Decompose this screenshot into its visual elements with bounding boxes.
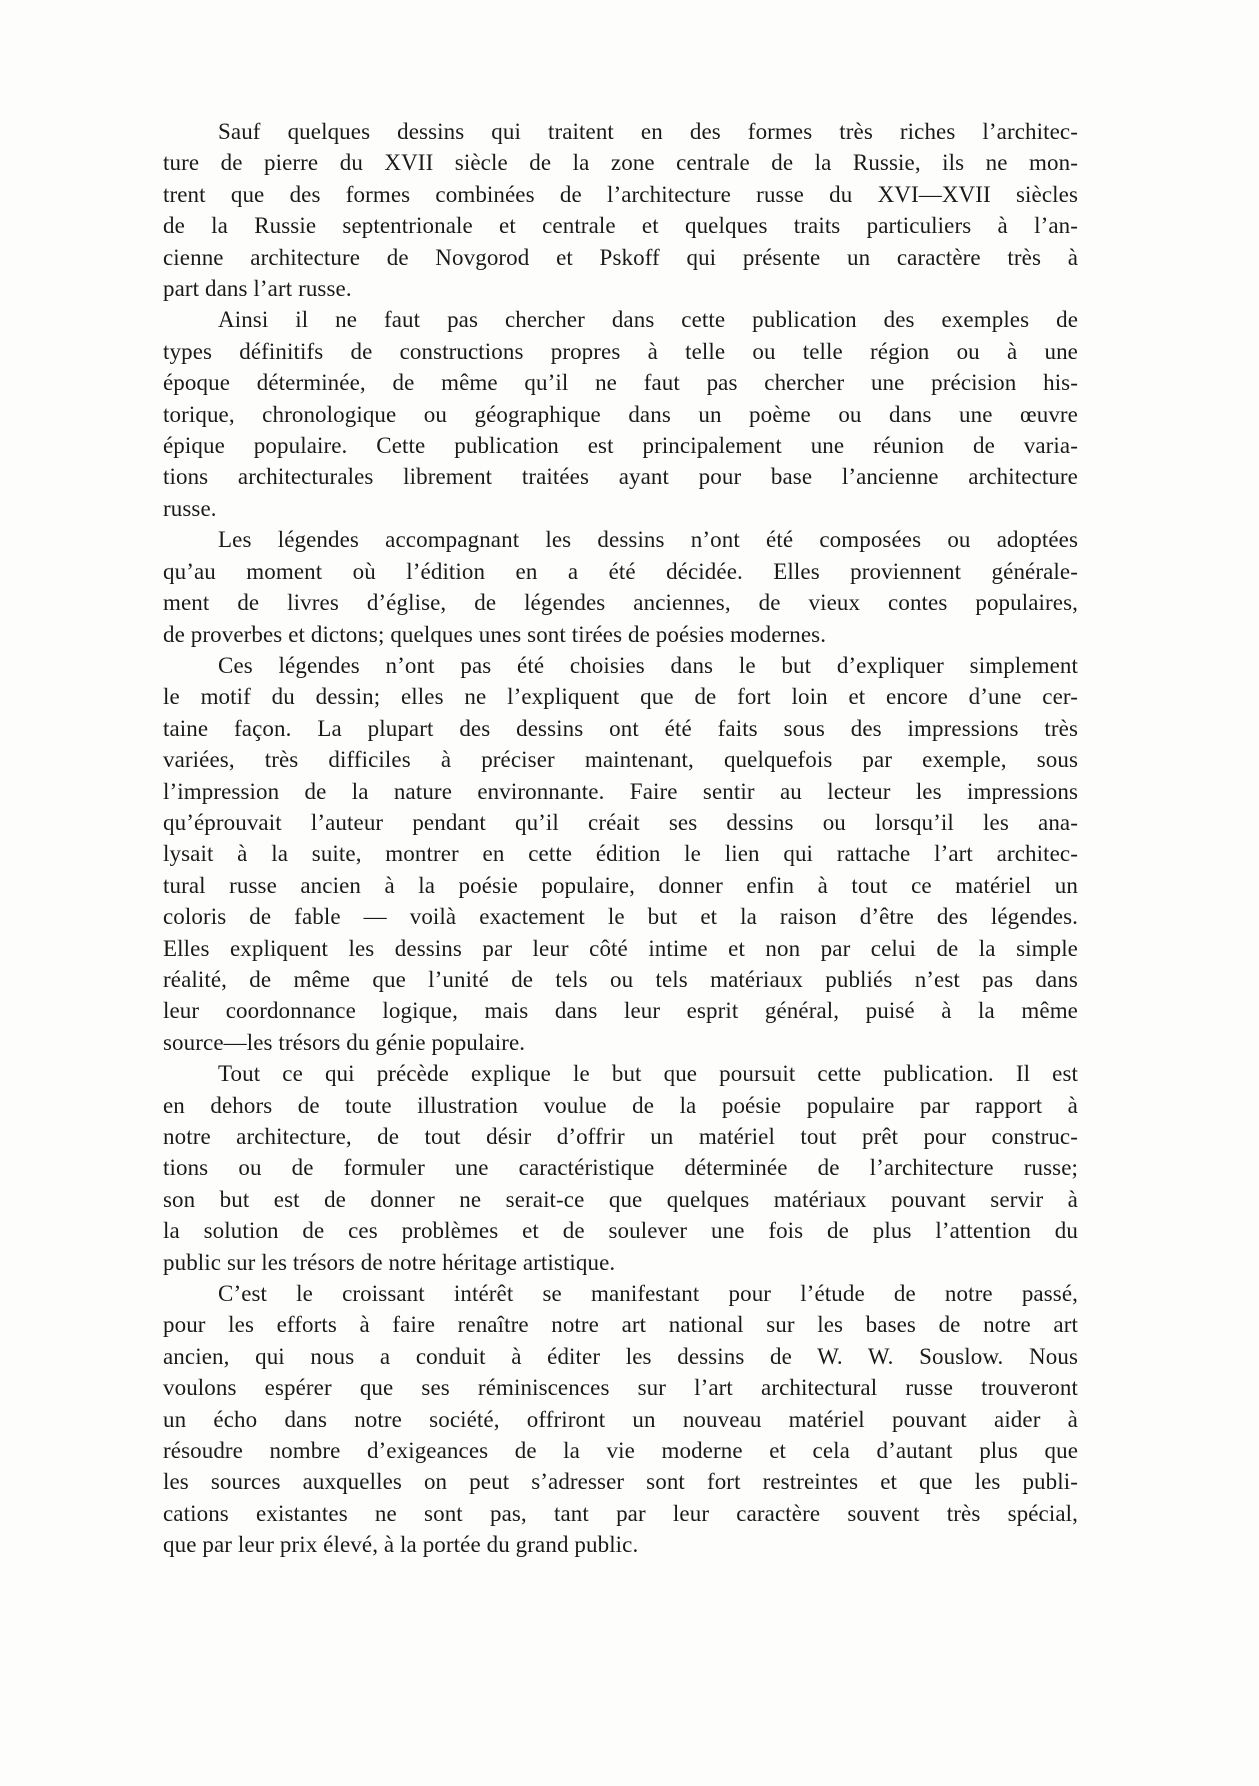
paragraph: Les légendes accompagnant les dessins n’… (163, 524, 1078, 650)
text-line: que par leur prix élevé, à la portée du … (163, 1529, 1078, 1560)
paragraph: Sauf quelques dessins qui traitent en de… (163, 116, 1078, 304)
text-line: cienne architecture de Novgorod et Pskof… (163, 242, 1078, 273)
text-line: l’impression de la nature environnante. … (163, 776, 1078, 807)
paragraph: Ces légendes n’ont pas été choisies dans… (163, 650, 1078, 1058)
text-line: résoudre nombre d’exigeances de la vie m… (163, 1435, 1078, 1466)
text-line: pour les efforts à faire renaître notre … (163, 1309, 1078, 1340)
text-line: épique populaire. Cette publication est … (163, 430, 1078, 461)
text-line: Ainsi il ne faut pas chercher dans cette… (163, 304, 1078, 335)
text-line: le motif du dessin; elles ne l’expliquen… (163, 681, 1078, 712)
text-line: en dehors de toute illustration voulue d… (163, 1090, 1078, 1121)
text-line: russe. (163, 493, 1078, 524)
text-line: trent que des formes combinées de l’arch… (163, 179, 1078, 210)
text-line: son but est de donner ne serait-ce que q… (163, 1184, 1078, 1215)
text-line: torique, chronologique ou géographique d… (163, 399, 1078, 430)
text-line: ancien, qui nous a conduit à éditer les … (163, 1341, 1078, 1372)
text-line: qu’éprouvait l’auteur pendant qu’il créa… (163, 807, 1078, 838)
text-line: leur coordonnance logique, mais dans leu… (163, 995, 1078, 1026)
paragraph: Ainsi il ne faut pas chercher dans cette… (163, 304, 1078, 524)
text-line: types définitifs de constructions propre… (163, 336, 1078, 367)
text-line: lysait à la suite, montrer en cette édit… (163, 838, 1078, 869)
text-line: Ces légendes n’ont pas été choisies dans… (163, 650, 1078, 681)
text-line: Elles expliquent les dessins par leur cô… (163, 933, 1078, 964)
document-page: Sauf quelques dessins qui traitent en de… (0, 0, 1259, 1786)
text-line: cations existantes ne sont pas, tant par… (163, 1498, 1078, 1529)
text-block: Sauf quelques dessins qui traitent en de… (163, 116, 1078, 1561)
text-line: ment de livres d’église, de légendes anc… (163, 587, 1078, 618)
text-line: tions ou de formuler une caractéristique… (163, 1152, 1078, 1183)
text-line: de la Russie septentrionale et centrale … (163, 210, 1078, 241)
paragraph: C’est le croissant intérêt se manifestan… (163, 1278, 1078, 1561)
text-line: public sur les trésors de notre héritage… (163, 1247, 1078, 1278)
text-line: ture de pierre du XVII siècle de la zone… (163, 147, 1078, 178)
text-line: de proverbes et dictons; quelques unes s… (163, 619, 1078, 650)
text-line: C’est le croissant intérêt se manifestan… (163, 1278, 1078, 1309)
text-line: un écho dans notre société, offriront un… (163, 1404, 1078, 1435)
paragraph: Tout ce qui précède explique le but que … (163, 1058, 1078, 1278)
text-line: Tout ce qui précède explique le but que … (163, 1058, 1078, 1089)
text-line: qu’au moment où l’édition en a été décid… (163, 556, 1078, 587)
text-line: les sources auxquelles on peut s’adresse… (163, 1466, 1078, 1497)
text-line: variées, très difficiles à préciser main… (163, 744, 1078, 775)
text-line: taine façon. La plupart des dessins ont … (163, 713, 1078, 744)
text-line: Les légendes accompagnant les dessins n’… (163, 524, 1078, 555)
text-line: voulons espérer que ses réminiscences su… (163, 1372, 1078, 1403)
text-line: notre architecture, de tout désir d’offr… (163, 1121, 1078, 1152)
text-line: réalité, de même que l’unité de tels ou … (163, 964, 1078, 995)
text-line: tions architecturales librement traitées… (163, 461, 1078, 492)
text-line: coloris de fable — voilà exactement le b… (163, 901, 1078, 932)
text-line: source—les trésors du génie populaire. (163, 1027, 1078, 1058)
text-line: époque déterminée, de même qu’il ne faut… (163, 367, 1078, 398)
text-line: part dans l’art russe. (163, 273, 1078, 304)
text-line: Sauf quelques dessins qui traitent en de… (163, 116, 1078, 147)
text-line: tural russe ancien à la poésie populaire… (163, 870, 1078, 901)
text-line: la solution de ces problèmes et de soule… (163, 1215, 1078, 1246)
